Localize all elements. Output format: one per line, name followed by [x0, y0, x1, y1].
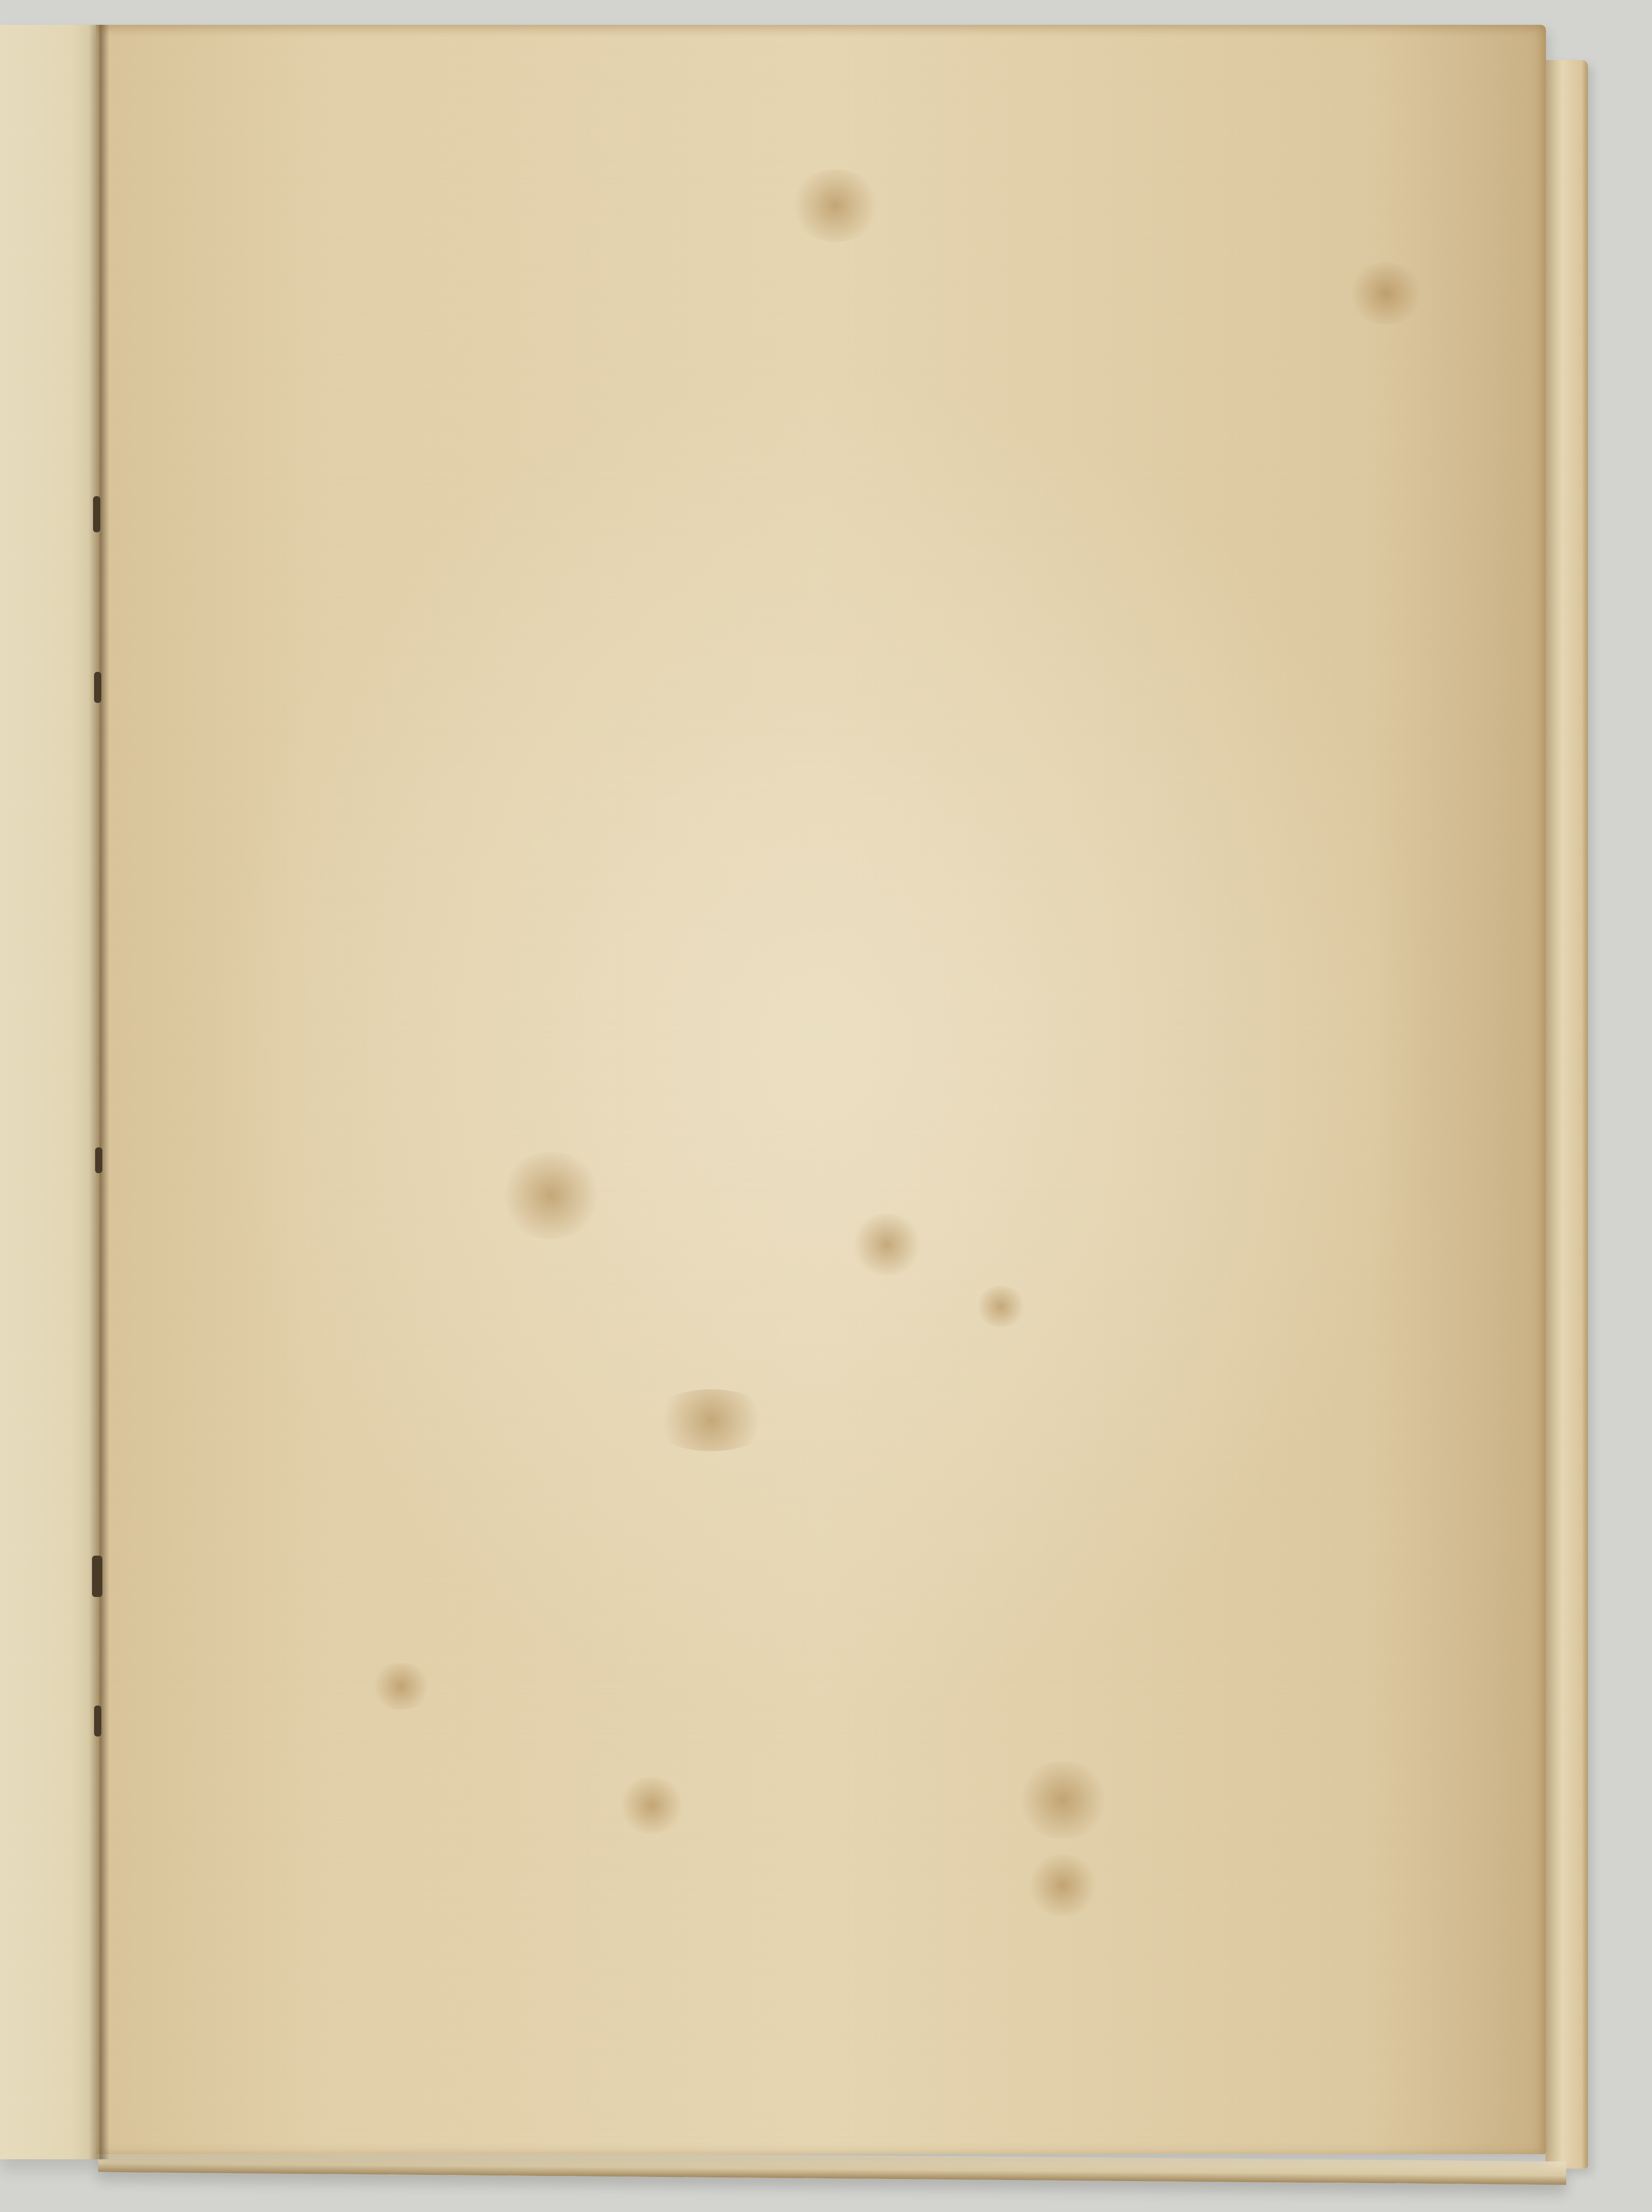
foxing-spot	[851, 1213, 923, 1276]
foxing-spot	[499, 1151, 603, 1239]
foxing-spot	[789, 170, 882, 242]
blank-book-page	[96, 25, 1546, 2154]
foxing-spot	[975, 1286, 1027, 1327]
foxing-spot	[618, 1777, 685, 1834]
gutter-tear	[92, 1556, 102, 1597]
photo-scene	[0, 0, 1652, 2212]
left-facing-page	[0, 25, 103, 2159]
torn-gutter	[89, 25, 110, 2159]
foxing-spot	[1347, 263, 1425, 325]
foxing-spot	[370, 1663, 432, 1710]
foxing-spot	[1016, 1761, 1109, 1839]
foxing-spot	[1027, 1854, 1099, 1916]
bottom-page-edges	[98, 2149, 1566, 2185]
gutter-tear	[94, 672, 101, 703]
gutter-tear	[94, 1706, 101, 1737]
gutter-tear	[93, 496, 100, 532]
back-page-edges	[1546, 60, 1588, 2169]
foxing-spot	[649, 1389, 773, 1451]
gutter-tear	[95, 1147, 102, 1173]
